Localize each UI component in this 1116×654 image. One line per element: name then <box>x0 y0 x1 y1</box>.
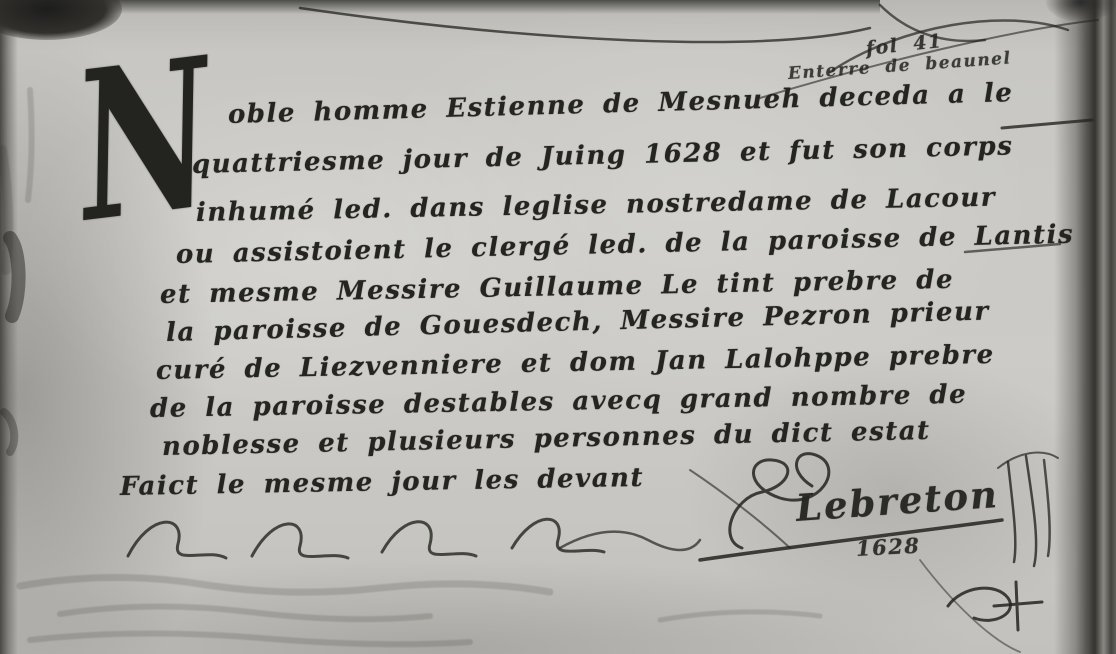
left-margin-smudge-2 <box>4 412 14 452</box>
paraph-stroke-right-1 <box>1008 462 1015 562</box>
paraph-stroke-right-3 <box>1044 460 1050 556</box>
top-pen-arc-1 <box>300 8 870 42</box>
signature-year: 1628 <box>855 533 921 561</box>
manuscript-scan: fol 41 Enterre de beaunel N oble homme E… <box>0 0 1116 654</box>
paraph-stroke-right-2 <box>1026 456 1036 566</box>
line-filler-dash <box>1002 120 1092 128</box>
squiggle-5 <box>560 532 700 550</box>
signature-entry-stroke <box>690 470 790 548</box>
bottom-right-cross <box>994 582 1042 630</box>
squiggle-1 <box>128 522 226 558</box>
squiggle-2 <box>252 524 348 558</box>
squiggle-3 <box>382 522 476 556</box>
